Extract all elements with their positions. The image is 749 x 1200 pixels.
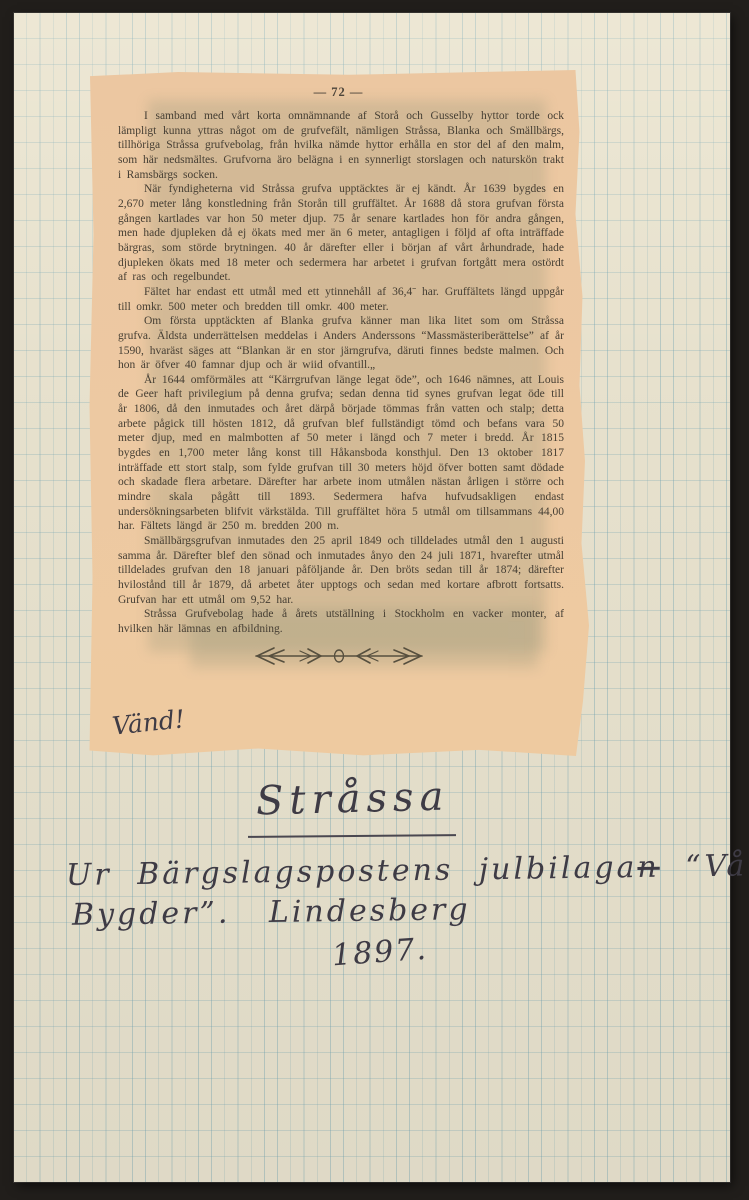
paragraph: Fältet har endast ett utmål med ett ytin… bbox=[118, 285, 564, 314]
page-number: — 72 — bbox=[88, 85, 589, 100]
handwritten-source-line1: Ur Bärgslagspostens julbilagan “Våra bbox=[66, 848, 749, 893]
handwritten-year: 1897. bbox=[331, 932, 429, 974]
divider-ornament-icon bbox=[244, 644, 434, 668]
album-page: — 72 — I samband med vårt korta omnämnan… bbox=[14, 13, 730, 1182]
source-text: Ur Bärgslagspostens julbilaga bbox=[66, 850, 638, 893]
paragraph: Smällbärgsgrufvan inmutades den 25 april… bbox=[118, 534, 564, 607]
paragraph: I samband med vårt korta omnämnande af S… bbox=[118, 109, 564, 182]
handwritten-vand-note: Vänd! bbox=[111, 704, 186, 740]
paragraph: När fyndigheterna vid Stråssa grufva upp… bbox=[118, 182, 564, 285]
handwritten-title: Stråssa bbox=[255, 773, 449, 824]
paragraph: Om första upptäckten af Blanka grufva kä… bbox=[118, 314, 564, 373]
newspaper-clipping: — 72 — I samband med vårt korta omnämnan… bbox=[88, 70, 589, 756]
source-text: “Våra bbox=[659, 848, 749, 885]
title-underline bbox=[248, 834, 456, 838]
struck-out-letter: n bbox=[637, 850, 660, 885]
paragraph: År 1644 omförmäles att “Kärrgrufvan läng… bbox=[118, 373, 564, 534]
paragraph: Stråssa Grufvebolag hade å årets utställ… bbox=[118, 607, 564, 636]
article-text: I samband med vårt korta omnämnande af S… bbox=[118, 109, 564, 637]
handwritten-source-line2: Bygder”. Lindesberg bbox=[72, 892, 471, 933]
